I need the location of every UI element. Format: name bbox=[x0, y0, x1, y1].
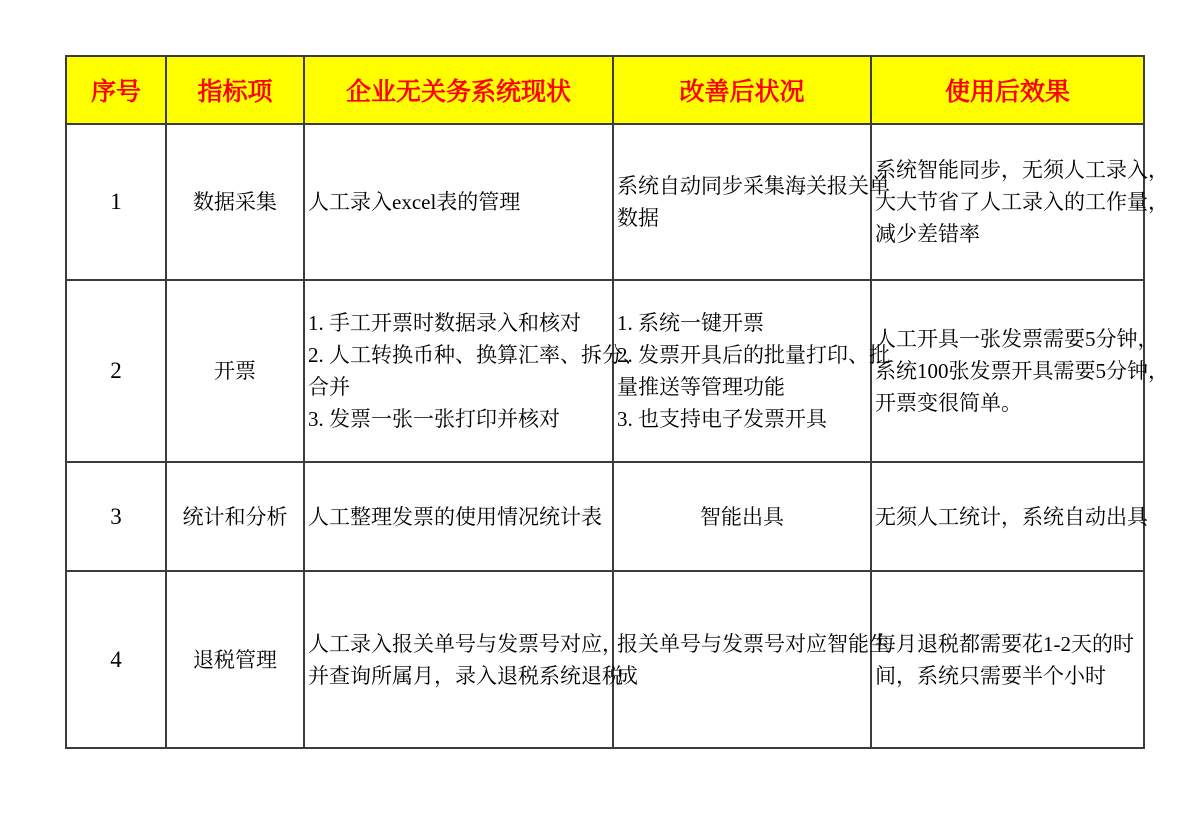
improved-status-text: 智能出具 bbox=[614, 501, 870, 533]
row-number: 4 bbox=[67, 644, 165, 676]
current-status-text: 人工整理发票的使用情况统计表 bbox=[305, 501, 612, 533]
cell-row4-item: 退税管理 bbox=[166, 571, 304, 748]
header-cell-improved: 改善后状况 bbox=[613, 56, 871, 124]
cell-row1-item: 数据采集 bbox=[166, 124, 304, 280]
header-cell-item: 指标项 bbox=[166, 56, 304, 124]
comparison-table: 序号 指标项 企业无关务系统现状 改善后状况 使用后效果 1 数据采集 人工录入… bbox=[65, 55, 1145, 749]
effect-text: 人工开具一张发票需要5分钟， 系统100张发票开具需要5分钟， 开票变很简单。 bbox=[872, 323, 1143, 419]
effect-text: 每月退税都需要花1-2天的时 间，系统只需要半个小时 bbox=[872, 628, 1143, 692]
header-label: 序号 bbox=[91, 79, 141, 106]
table-row: 2 开票 1. 手工开票时数据录入和核对 2. 人工转换币种、换算汇率、拆分、 … bbox=[66, 280, 1144, 462]
header-label: 改善后状况 bbox=[679, 79, 804, 106]
cell-row1-improved: 系统自动同步采集海关报关单 数据 bbox=[613, 124, 871, 280]
current-status-text: 1. 手工开票时数据录入和核对 2. 人工转换币种、换算汇率、拆分、 合并 3.… bbox=[305, 307, 612, 435]
cell-row3-effect: 无须人工统计，系统自动出具 bbox=[871, 462, 1144, 571]
cell-row4-current: 人工录入报关单号与发票号对应， 并查询所属月，录入退税系统退税 bbox=[304, 571, 613, 748]
header-row: 序号 指标项 企业无关务系统现状 改善后状况 使用后效果 bbox=[66, 56, 1144, 124]
improved-status-text: 报关单号与发票号对应智能生 成 bbox=[614, 628, 870, 692]
cell-row1-current: 人工录入excel表的管理 bbox=[304, 124, 613, 280]
header-cell-effect: 使用后效果 bbox=[871, 56, 1144, 124]
effect-text: 系统智能同步，无须人工录入， 大大节省了人工录入的工作量， 减少差错率 bbox=[872, 154, 1143, 250]
header-cell-no: 序号 bbox=[66, 56, 166, 124]
cell-row3-improved: 智能出具 bbox=[613, 462, 871, 571]
cell-row3-item: 统计和分析 bbox=[166, 462, 304, 571]
header-cell-current: 企业无关务系统现状 bbox=[304, 56, 613, 124]
cell-row3-no: 3 bbox=[66, 462, 166, 571]
row-number: 2 bbox=[67, 355, 165, 387]
cell-row4-improved: 报关单号与发票号对应智能生 成 bbox=[613, 571, 871, 748]
header-label: 使用后效果 bbox=[945, 79, 1070, 106]
cell-row4-no: 4 bbox=[66, 571, 166, 748]
table-row: 3 统计和分析 人工整理发票的使用情况统计表 智能出具 无须人工统计，系统自动出… bbox=[66, 462, 1144, 571]
cell-row2-effect: 人工开具一张发票需要5分钟， 系统100张发票开具需要5分钟， 开票变很简单。 bbox=[871, 280, 1144, 462]
row-number: 3 bbox=[67, 501, 165, 533]
indicator-label: 统计和分析 bbox=[167, 501, 303, 533]
improved-status-text: 系统自动同步采集海关报关单 数据 bbox=[614, 170, 870, 234]
indicator-label: 退税管理 bbox=[167, 644, 303, 676]
improved-status-text: 1. 系统一键开票 2. 发票开具后的批量打印、批 量推送等管理功能 3. 也支… bbox=[614, 307, 870, 435]
indicator-label: 开票 bbox=[167, 355, 303, 387]
table-row: 4 退税管理 人工录入报关单号与发票号对应， 并查询所属月，录入退税系统退税 报… bbox=[66, 571, 1144, 748]
cell-row2-item: 开票 bbox=[166, 280, 304, 462]
current-status-text: 人工录入报关单号与发票号对应， 并查询所属月，录入退税系统退税 bbox=[305, 628, 612, 692]
header-label: 指标项 bbox=[197, 79, 272, 106]
row-number: 1 bbox=[67, 186, 165, 218]
cell-row2-no: 2 bbox=[66, 280, 166, 462]
cell-row2-improved: 1. 系统一键开票 2. 发票开具后的批量打印、批 量推送等管理功能 3. 也支… bbox=[613, 280, 871, 462]
cell-row3-current: 人工整理发票的使用情况统计表 bbox=[304, 462, 613, 571]
cell-row4-effect: 每月退税都需要花1-2天的时 间，系统只需要半个小时 bbox=[871, 571, 1144, 748]
cell-row1-effect: 系统智能同步，无须人工录入， 大大节省了人工录入的工作量， 减少差错率 bbox=[871, 124, 1144, 280]
cell-row1-no: 1 bbox=[66, 124, 166, 280]
cell-row2-current: 1. 手工开票时数据录入和核对 2. 人工转换币种、换算汇率、拆分、 合并 3.… bbox=[304, 280, 613, 462]
page: 序号 指标项 企业无关务系统现状 改善后状况 使用后效果 1 数据采集 人工录入… bbox=[0, 0, 1200, 822]
table-row: 1 数据采集 人工录入excel表的管理 系统自动同步采集海关报关单 数据 系统… bbox=[66, 124, 1144, 280]
indicator-label: 数据采集 bbox=[167, 186, 303, 218]
header-label: 企业无关务系统现状 bbox=[346, 79, 571, 106]
effect-text: 无须人工统计，系统自动出具 bbox=[872, 501, 1143, 533]
current-status-text: 人工录入excel表的管理 bbox=[305, 186, 612, 218]
